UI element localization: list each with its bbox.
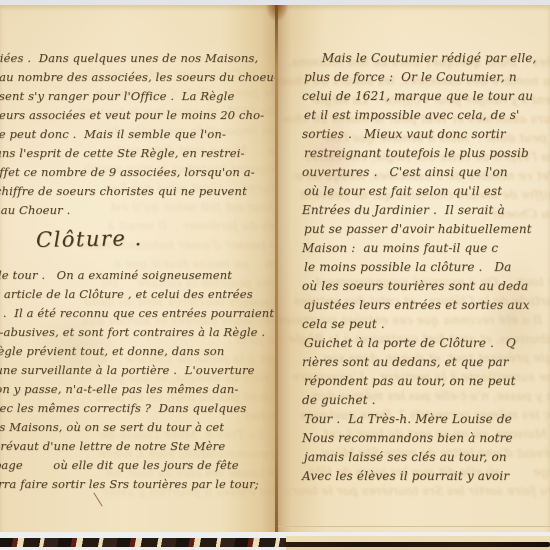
manuscript-line: Mais le Coutumier rédigé par elle, [302, 49, 550, 68]
manuscript-line: plus de force : Or le Coutumier, n [304, 68, 550, 87]
left-page-paragraph-1: ssociées . Dans quelques unes de nos Mai… [0, 49, 277, 220]
manuscript-line: s soeurs associées et veut pour le moins… [0, 106, 277, 125]
left-page-paragraph-2: par le tour . On a examiné soigneusement… [0, 266, 277, 494]
manuscript-line: répondent pas au tour, on ne peut [304, 372, 550, 391]
manuscript-line: nte au nombre des associées, les soeurs … [0, 68, 277, 87]
manuscript-line: celui de 1621, marque que le tour au [302, 87, 550, 106]
manuscript-line: restreignant toutefois le plus possib [304, 144, 550, 163]
page-edge-line [278, 526, 550, 527]
gutter-top-shadow [266, 5, 288, 21]
manuscript-line: , si on y passe, n'a-t-elle pas les même… [0, 380, 277, 399]
manuscript-line: en effet ce nombre de 9 associées, lorsq… [0, 163, 277, 182]
section-heading-cloture: Clôture . [36, 226, 143, 252]
manuscript-line: Maison : au moins faut-il que c [302, 239, 550, 258]
manuscript-line: pourra faire sortir les Srs tourières pa… [0, 475, 277, 494]
manuscript-line: put se passer d'avoir habituellement [304, 220, 550, 239]
right-page-text: Mais le Coutumier rédigé par elle,plus d… [302, 49, 550, 486]
book-gutter-fold [275, 5, 278, 532]
manuscript-line: te, une surveillante à la portière . L'o… [0, 361, 277, 380]
manuscript-line: sorties . Mieux vaut donc sortir [302, 125, 550, 144]
manuscript-line: et il est impossible avec cela, de s' [304, 106, 550, 125]
manuscript-line: se prévaut d'une lettre de notre Ste Mèr… [0, 437, 277, 456]
manuscript-line: par le tour . On a examiné soigneusement [0, 266, 277, 285]
manuscript-line: tour . Il a été reconnu que ces entrées … [0, 304, 277, 323]
manuscript-line: de guichet . [302, 391, 550, 410]
manuscript-line: On le peut donc . Mais il semble que l'o… [0, 125, 277, 144]
manuscript-line: ouvertures . C'est ainsi que l'on [302, 163, 550, 182]
manuscript-line: Tour . La Très-h. Mère Louise de [304, 410, 550, 429]
manuscript-line: Guichet à la porte de Clôture . Q [304, 334, 550, 353]
ink-hairline-mark [93, 492, 102, 506]
manuscript-line: très-abusives, et sont fort contraires à… [0, 323, 277, 342]
manuscript-line: n dans l'esprit de cette Ste Règle, en r… [0, 144, 277, 163]
manuscript-line: tant article de la Clôture , et celui de… [0, 285, 277, 304]
manuscript-line: ssociées . Dans quelques unes de nos Mai… [0, 49, 277, 68]
manuscript-line: rières sont au dedans, et que par [302, 353, 550, 372]
manuscript-line: Avec les élèves il pourrait y avoir [302, 467, 550, 486]
manuscript-line: puissent s'y ranger pour l'Office . La R… [0, 87, 277, 106]
left-page: Mais le Coutumier rédigé par elle,plus d… [0, 5, 277, 532]
manuscript-line: la Règle prévient tout, et donne, dans s… [0, 342, 277, 361]
manuscript-line: où les soeurs tourières sont au deda [302, 277, 550, 296]
book-bottom-edge [0, 536, 550, 550]
manuscript-line: Entrées du Jardinier . Il serait à [302, 201, 550, 220]
manuscript-line: jamais laissé ses clés au tour, on [304, 448, 550, 467]
manuscript-line: Nous recommandons bien à notre [302, 429, 550, 448]
right-page: ssociées . Dans quelques unes de nos Mai… [278, 5, 550, 532]
manuscript-line: Id. page où elle dit que les jours de fê… [0, 456, 277, 475]
marbled-cover-edge [0, 538, 286, 547]
open-book: Mais le Coutumier rédigé par elle,plus d… [0, 5, 550, 545]
manuscript-line: cela se peut . [302, 315, 550, 334]
manuscript-line: un chiffre de soeurs choristes qui ne pe… [0, 182, 277, 201]
manuscript-line: ises au Choeur . [0, 201, 277, 220]
manuscript-line: e nos Maisons, où on se sert du tour à c… [0, 418, 277, 437]
manuscript-line: où le tour est fait selon qu'il est [304, 182, 550, 201]
scanned-manuscript-photo: Mais le Coutumier rédigé par elle,plus d… [0, 0, 550, 550]
manuscript-line: le moins possible la clôture . Da [304, 258, 550, 277]
manuscript-line: s avec les mêmes correctifs ? Dans quelq… [0, 399, 277, 418]
manuscript-line: ajustées leurs entrées et sorties aux [304, 296, 550, 315]
